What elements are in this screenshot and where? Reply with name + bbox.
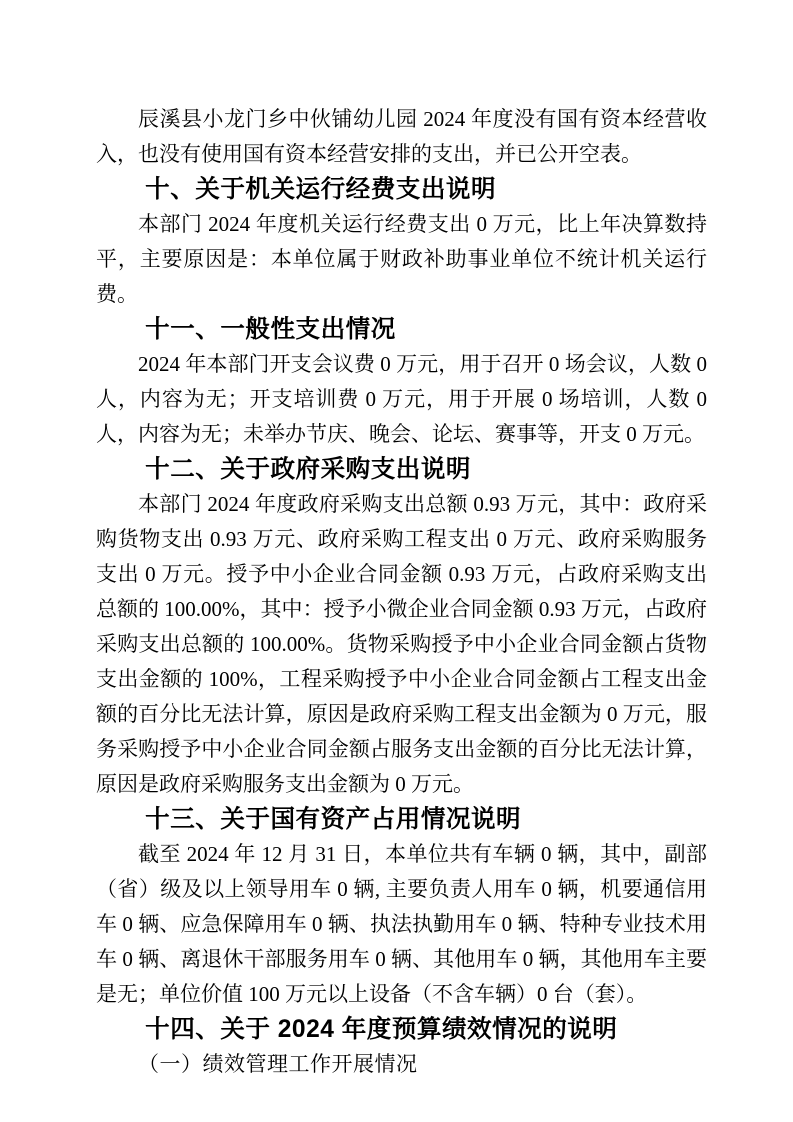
document-page: 辰溪县小龙门乡中伙铺幼儿园 2024 年度没有国有资本经营收入，也没有使用国有资… bbox=[0, 0, 793, 1122]
paragraph-section-11-general-expense: 2024 年本部门开支会议费 0 万元，用于召开 0 场会议，人数 0 人，内容… bbox=[96, 347, 707, 452]
subheading-performance-management-work: （一）绩效管理工作开展情况 bbox=[96, 1047, 707, 1082]
heading-section-14-budget-performance: 十四、关于 2024 年度预算绩效情况的说明 bbox=[96, 1012, 707, 1047]
paragraph-section-13-state-assets: 截至 2024 年 12 月 31 日，本单位共有车辆 0 辆，其中，副部（省）… bbox=[96, 837, 707, 1012]
paragraph-section-12-procurement: 本部门 2024 年度政府采购支出总额 0.93 万元，其中：政府采购货物支出 … bbox=[96, 487, 707, 802]
document-body: 辰溪县小龙门乡中伙铺幼儿园 2024 年度没有国有资本经营收入，也没有使用国有资… bbox=[96, 102, 707, 1082]
paragraph-section-10-operating-expense: 本部门 2024 年度机关运行经费支出 0 万元，比上年决算数持平，主要原因是：… bbox=[96, 207, 707, 312]
heading-section-11-general-expense: 十一、一般性支出情况 bbox=[96, 312, 707, 347]
heading-section-13-state-assets: 十三、关于国有资产占用情况说明 bbox=[96, 802, 707, 837]
heading-section-10-operating-expense: 十、关于机关运行经费支出说明 bbox=[96, 172, 707, 207]
paragraph-state-capital-disclosure: 辰溪县小龙门乡中伙铺幼儿园 2024 年度没有国有资本经营收入，也没有使用国有资… bbox=[96, 102, 707, 172]
heading-section-12-procurement: 十二、关于政府采购支出说明 bbox=[96, 452, 707, 487]
